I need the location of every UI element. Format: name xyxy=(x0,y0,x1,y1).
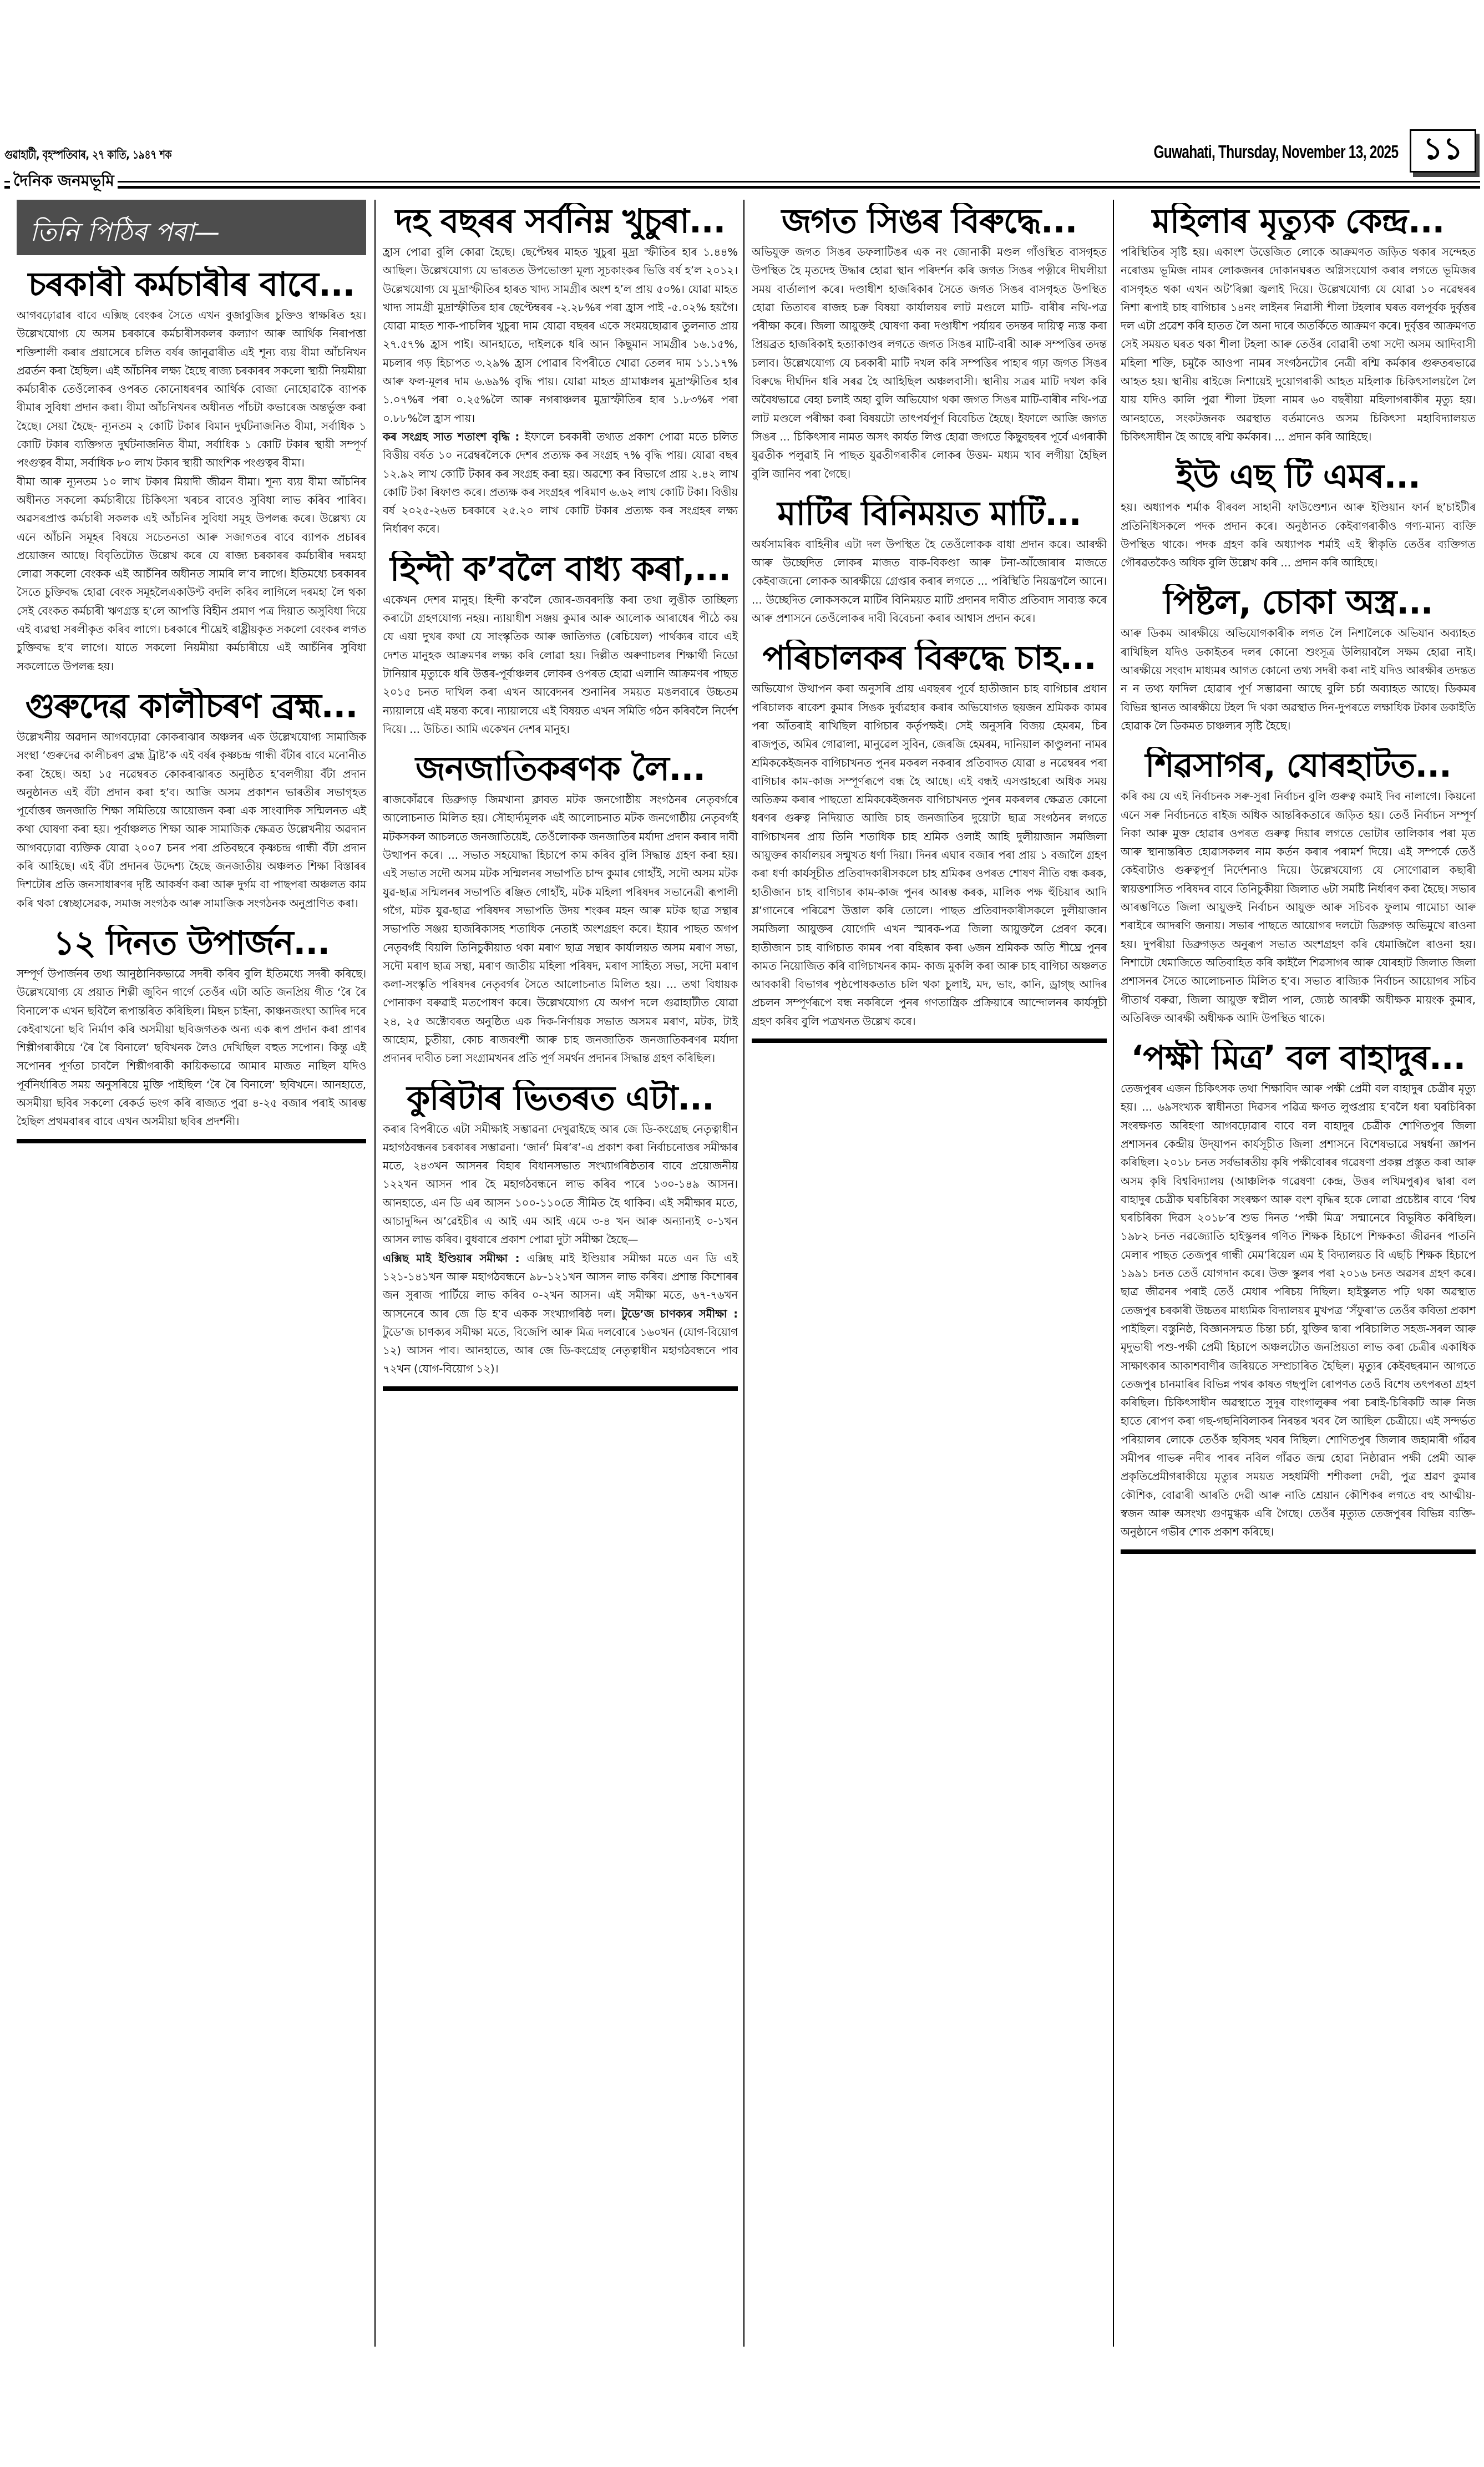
headline[interactable]: জগত সিঙৰ বিৰুদ্ধে... xyxy=(752,203,1107,240)
section-end-rule xyxy=(752,1039,1107,1043)
column-3: জগত সিঙৰ বিৰুদ্ধে... অভিযুক্ত জগত সিঙৰ ড… xyxy=(752,200,1107,1043)
article-land-for-land: মাটিৰ বিনিময়ত মাটি... অৰ্ধসামৰিক বাহিনী… xyxy=(752,495,1107,627)
headline[interactable]: ইউ এছ টি এমৰ... xyxy=(1121,458,1476,495)
masthead-rule-thick xyxy=(4,186,1480,189)
article-body: উল্লেখনীয় অৱদান আগবঢ়োৱা কোকৰাঝাৰ অঞ্চল… xyxy=(17,728,366,913)
article-pistol-weapons: পিষ্টল, চোকা অস্ত্ৰ... আৰু ডিকম আৰক্ষীয়… xyxy=(1121,584,1476,735)
article-hindi-compulsion: হিন্দী ক’বলৈ বাধ্য কৰা,... একেখন দেশৰ মা… xyxy=(383,551,738,738)
headline[interactable]: শিৱসাগৰ, যোৰহাটত... xyxy=(1121,747,1476,784)
article-body: একেখন দেশৰ মানুহ। হিন্দী ক’বলৈ জোৰ-জবৰদস… xyxy=(383,591,738,738)
headline[interactable]: জনজাতিকৰণক লৈ... xyxy=(383,751,738,787)
article-body: হ্ৰাস পোৱা বুলি কোৱা হৈছে। ছেপ্টেম্বৰ মা… xyxy=(383,243,738,428)
column-1: তিনি পিঠিৰ পৰা— চৰকাৰী কৰ্মচাৰীৰ বাবে...… xyxy=(17,200,366,1143)
headline[interactable]: পৰিচালকৰ বিৰুদ্ধে চাহ... xyxy=(752,640,1107,676)
article-body: আৰু ডিকম আৰক্ষীয়ে অভিযোগকাৰীক লগত লৈ নি… xyxy=(1121,624,1476,735)
masthead-brand: দৈনিক জনমভূমি xyxy=(10,172,118,190)
article-retail-inflation: দহ বছৰৰ সৰ্বনিম্ন খুচুৰা... হ্ৰাস পোৱা ব… xyxy=(383,203,738,539)
article-ustm: ইউ এছ টি এমৰ... হয়। অধ্যাপক শৰ্মাক বীৰব… xyxy=(1121,458,1476,572)
article-body: অভিযুক্ত জগত সিঙৰ ডফলাটিঙৰ এক নং জোনাকী … xyxy=(752,243,1107,483)
masthead: দৈনিক জনমভূমি xyxy=(4,172,1480,190)
article-lead: আগবঢ়োৱাৰ বাবে এক্সিছ বেংকৰ সৈতে এখন বুজ… xyxy=(17,306,366,473)
date-english: Guwahati, Thursday, November 13, 2025 xyxy=(1153,141,1398,163)
continued-from-page-band: তিনি পিঠিৰ পৰা— xyxy=(17,200,366,255)
article-body: ৰাজকোঁৱৰে ডিব্ৰুগড় জিমখানা ক্লাবত মটক জ… xyxy=(383,791,738,1067)
article-body: পৰিস্থিতিৰ সৃষ্টি হয়। একাংশ উত্তেজিত লো… xyxy=(1121,243,1476,446)
continued-label: তিনি পিঠিৰ পৰা— xyxy=(30,217,220,247)
article-12-days-earnings: ১২ দিনত উপাৰ্জন... সম্পূৰ্ণ উপাৰ্জনৰ তথ্… xyxy=(17,925,366,1131)
headline[interactable]: হিন্দী ক’বলৈ বাধ্য কৰা,... xyxy=(383,551,738,587)
article-woman-death: মহিলাৰ মৃত্যুক কেন্দ্ৰ... পৰিস্থিতিৰ সৃষ… xyxy=(1121,203,1476,446)
article-sivasagar-jorhat: শিৱসাগৰ, যোৰহাটত... কৰি কয় যে এই নিৰ্বা… xyxy=(1121,747,1476,1027)
headline[interactable]: মাটিৰ বিনিময়ত মাটি... xyxy=(752,495,1107,532)
headline[interactable]: ‘পক্ষী মিত্ৰ’ বল বাহাদুৰ... xyxy=(1121,1040,1476,1076)
page-header: গুৱাহাটী, বৃহস্পতিবাৰ, ২৭ কাতি, ১৯৪৭ শক … xyxy=(0,0,1484,189)
subhead: কৰ সংগ্ৰহ সাত শতাংশ বৃদ্ধি : xyxy=(383,430,519,443)
section-end-rule xyxy=(383,1386,738,1391)
headline[interactable]: মহিলাৰ মৃত্যুক কেন্দ্ৰ... xyxy=(1121,203,1476,240)
section-end-rule xyxy=(17,1139,366,1143)
article-body: অভিযোগ উত্থাপন কৰা অনুসৰি প্ৰায় এবছৰৰ প… xyxy=(752,680,1107,1031)
masthead-rule xyxy=(4,181,1480,183)
article-exit-poll: কুৰিটাৰ ভিতৰত এটা... কৰাৰ বিপৰীতে এটা সম… xyxy=(383,1080,738,1379)
subhead: এক্সিছ মাই ইণ্ডিয়াৰ সমীক্ষা : xyxy=(383,1252,520,1265)
article-body: বীমা আৰু ন্যূনতম ১০ লাখ টকাৰ মিয়াদী জীৱ… xyxy=(17,473,366,676)
article-jagat-singh: জগত সিঙৰ বিৰুদ্ধে... অভিযুক্ত জগত সিঙৰ ড… xyxy=(752,203,1107,483)
article-body: হয়। অধ্যাপক শৰ্মাক বীৰবল সাহানী ফাউণ্ডে… xyxy=(1121,498,1476,572)
headline[interactable]: পিষ্টল, চোকা অস্ত্ৰ... xyxy=(1121,584,1476,621)
article-body: কৰাৰ বিপৰীতে এটা সমীক্ষাই সম্ভাৱনা দেখুৱ… xyxy=(383,1120,738,1249)
headline[interactable]: গুৰুদেৱ কালীচৰণ ব্ৰহ্ম... xyxy=(17,688,366,725)
column-divider xyxy=(1113,200,1114,2347)
article-kalicharan-brahma: গুৰুদেৱ কালীচৰণ ব্ৰহ্ম... উল্লেখনীয় অৱদ… xyxy=(17,688,366,913)
article-body: অৰ্ধসামৰিক বাহিনীৰ এটা দল উপস্থিত হৈ তেও… xyxy=(752,535,1107,627)
column-divider xyxy=(374,200,376,2347)
article-tribal-status: জনজাতিকৰণক লৈ... ৰাজকোঁৱৰে ডিব্ৰুগড় জিম… xyxy=(383,751,738,1067)
headline[interactable]: ১২ দিনত উপাৰ্জন... xyxy=(17,925,366,961)
article-tea-manager: পৰিচালকৰ বিৰুদ্ধে চাহ... অভিযোগ উত্থাপন … xyxy=(752,640,1107,1031)
page-number-box: ১১ xyxy=(1410,129,1476,173)
article-body: সম্পূৰ্ণ উপাৰ্জনৰ তথ্য আনুষ্ঠানিকভাৱে সদ… xyxy=(17,965,366,1131)
date-assamese: গুৱাহাটী, বৃহস্পতিবাৰ, ২৭ কাতি, ১৯৪৭ শক xyxy=(4,145,171,166)
article-pakshi-mitra: ‘পক্ষী মিত্ৰ’ বল বাহাদুৰ... তেজপুৰৰ এজন … xyxy=(1121,1040,1476,1541)
article-govt-employees: চৰকাৰী কৰ্মচাৰীৰ বাবে... আগবঢ়োৱাৰ বাবে … xyxy=(17,266,366,676)
article-body: কৰি কয় যে এই নিৰ্বাচনক সৰু-সুৰা নিৰ্বাচ… xyxy=(1121,787,1476,1027)
subhead: টুডে’জ চাণক্যৰ সমীক্ষা : xyxy=(621,1308,738,1320)
article-body: তেজপুৰৰ এজন চিকিৎসক তথা শিক্ষাবিদ আৰু পক… xyxy=(1121,1080,1476,1541)
headline[interactable]: কুৰিটাৰ ভিতৰত এটা... xyxy=(383,1080,738,1117)
column-2: দহ বছৰৰ সৰ্বনিম্ন খুচুৰা... হ্ৰাস পোৱা ব… xyxy=(383,200,738,1391)
section-end-rule xyxy=(1121,1549,1476,1554)
article-body: টুডে’জ চাণক্যৰ সমীক্ষা মতে, বিজেপি আৰু ম… xyxy=(383,1326,738,1376)
headline[interactable]: দহ বছৰৰ সৰ্বনিম্ন খুচুৰা... xyxy=(383,203,738,240)
column-4: মহিলাৰ মৃত্যুক কেন্দ্ৰ... পৰিস্থিতিৰ সৃষ… xyxy=(1121,200,1476,1554)
article-body: ইফালে চৰকাৰী তথ্যত প্ৰকাশ পোৱা মতে চলিত … xyxy=(383,430,738,535)
page-number: ১১ xyxy=(1423,125,1463,177)
column-divider xyxy=(743,200,744,2347)
headline[interactable]: চৰকাৰী কৰ্মচাৰীৰ বাবে... xyxy=(17,266,366,303)
